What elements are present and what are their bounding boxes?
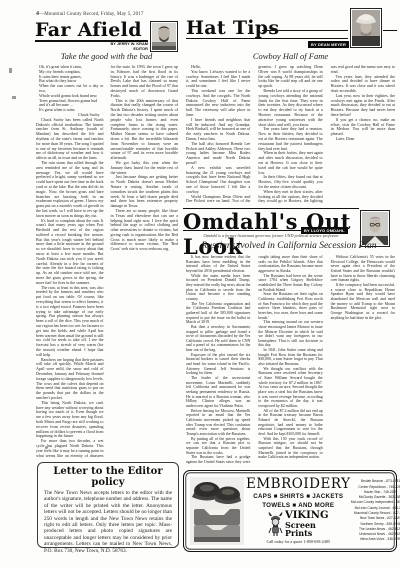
meyer-portrait-image [352, 10, 380, 46]
hat-tips-article: Hello,You know I always wanted to be a c… [186, 65, 395, 208]
article-paragraph: It has now become evident that the Russi… [186, 255, 250, 274]
article-paragraph: We got lucky this year when the January … [111, 161, 179, 175]
article-paragraph: This being North Dakota, we can't have a… [36, 401, 104, 439]
article-paragraph: Just because things are getting better i… [111, 175, 179, 209]
ad-merchandise-photo [188, 475, 246, 547]
article-paragraph: A new exhibit was unveiled honoring the … [186, 166, 250, 195]
article-paragraph: Last year, now in their eighties, the co… [331, 94, 395, 118]
dean-meyer-photo [350, 8, 382, 48]
hat-tips-byline: BY DEAN MEYER [308, 41, 349, 48]
far-afield-subtitle: Take the good with the bad [35, 51, 178, 61]
article-paragraph: Exposure of the plot caused the six fina… [186, 353, 250, 376]
hat-tips-rule-middle [262, 30, 348, 31]
letter-policy-box: Letter to the Editor policy The New Town… [37, 462, 179, 548]
ad-newspaper-phone-list: Beulah Beacon - 873-4381Center Republica… [351, 475, 400, 547]
ad-products-line-2: TOWELS ■ AND MORE [262, 502, 334, 509]
omdahl-paragraphs: It has now become evident that the Russi… [186, 255, 395, 466]
omdahl-rule-byline [183, 230, 301, 231]
article-paragraph: If the conspiracy had been successful, a… [331, 283, 395, 320]
viking-logo: VIKING Screen Prints [268, 511, 329, 537]
jerry-kram-photo [150, 21, 178, 52]
article-paragraph: You know I always wanted to be a cowboy.… [186, 70, 250, 89]
article-paragraph: With this 150 year track record of Russi… [258, 437, 322, 460]
article-paragraph: Ranchers are hoping that their pastures … [36, 358, 104, 401]
viking-wordmark: VIKING Screen Prints [285, 511, 329, 537]
omdahl-credit-line: Omdahl is a former lieutenant governor, … [183, 233, 359, 238]
far-afield-article: Oh, it's great when it rains,My city fri… [36, 65, 178, 459]
article-paragraph: All of the $7.2 million did not end up i… [258, 409, 322, 437]
ad-headline: EMBROIDERY [246, 478, 351, 492]
newspaper-page: 4—Mountrail County Record, Friday, May 5… [0, 0, 400, 567]
ad-phone-cta: Call today for a quote 1-800-658-2485 [267, 539, 330, 544]
far-afield-paragraphs: Chuck Suchy has been called North Dakota… [36, 65, 178, 459]
hat-tips-title: Hat Tips [186, 17, 279, 39]
kram-portrait-image [152, 23, 176, 50]
article-paragraph: The Yes California organization and the … [186, 302, 250, 325]
article-paragraph: There are so many people, like those in … [111, 209, 179, 252]
article-paragraph: In 1841, John Sutter came along and boug… [258, 348, 322, 367]
article-paragraph: We thought our conflicts with the Russia… [258, 367, 322, 409]
letter-policy-body: The New Town News accepts letters to the… [44, 490, 172, 554]
article-paragraph: Soon the Russians set their sights on Ca… [258, 292, 322, 320]
hat-tips-rule-stub [383, 30, 397, 31]
article-paragraph: This is the 20th anniversary of that dis… [111, 99, 179, 161]
phone-list-entry: Velva Area Voice - 338-2599 [351, 537, 400, 542]
article-paragraph: It's hard to complain about the rain. It… [36, 219, 104, 286]
viking-mascot-icon [268, 512, 283, 536]
caps-shirts-image [190, 477, 244, 545]
scan-artifact [9, 68, 12, 73]
article-paragraph: In their fifties, they found out that at… [258, 175, 322, 189]
article-paragraph: Chuck Suchy has been called North Dakota… [36, 118, 104, 161]
ad-center-content: EMBROIDERY CAPS ■ SHIRTS ■ JACKETS TOWEL… [246, 475, 351, 547]
hat-tips-rule-under [186, 38, 348, 39]
article-paragraph: This messing around on our western shore… [258, 320, 322, 348]
article-paragraph: Brenda Lee told a story of a group of yo… [258, 89, 322, 127]
article-paragraph: When in their forties, they met again an… [258, 151, 322, 175]
scan-artifact [12, 96, 16, 99]
scan-artifact [45, 446, 48, 449]
omdahl-subtitle: Russians ivolved in California Secession… [183, 241, 395, 251]
article-paragraph: I have friends and neighbors that will b… [186, 118, 250, 142]
article-paragraph: The hall also honored Brenda Lee Pickett… [186, 142, 250, 166]
letter-policy-title: Letter to the Editor policy [44, 466, 172, 488]
folio-line: 4—Mountrail County Record, Friday, May 5… [36, 11, 143, 17]
ad-products-line-1: CAPS ■ SHIRTS ■ JACKETS [253, 493, 343, 500]
article-paragraph: The leader of the secessionist movement,… [186, 376, 250, 409]
omdahl-article: It has now become evident that the Russi… [186, 255, 395, 466]
article-paragraph: The Russians had been on the scene since… [258, 274, 322, 293]
article-paragraph: The rain, at least in this area, was als… [36, 286, 104, 358]
article-paragraph: Later, Dean [331, 137, 395, 142]
far-afield-poem: Oh, it's great when it rains,My city fri… [36, 65, 104, 113]
article-paragraph: Ten years later they had a reunion. Now … [258, 127, 322, 151]
article-paragraph: Before leaving for Moscow, Marinelli rep… [186, 409, 250, 437]
article-paragraph: By putting all of the pieces together, w… [186, 437, 250, 456]
article-paragraph: The rain storm that rolled through the a… [36, 161, 104, 219]
viking-prints: Prints [285, 529, 312, 537]
hat-tips-paragraphs: Hello,You know I always wanted to be a c… [186, 65, 395, 208]
hat-tips-subtitle: Cowboy Hall of Fame [186, 51, 395, 61]
article-paragraph: While the main media have been focused o… [186, 274, 250, 302]
embroidery-ad: EMBROIDERY CAPS ■ SHIRTS ■ JACKETS TOWEL… [183, 470, 397, 552]
folio-text: —Mountrail County Record, Friday, May 5,… [39, 12, 143, 17]
far-afield-title: Far Afield [35, 19, 142, 41]
article-paragraph: Without California's 55 votes in the Ele… [331, 255, 395, 283]
article-paragraph: This weekend was one for the cowboys. An… [186, 89, 250, 118]
article-paragraph: Ten years later, they attended the rodeo… [331, 75, 395, 94]
article-paragraph: If you get a chance, no, make an effort,… [331, 118, 395, 137]
article-paragraph: But then a newsboy in Sacramento stopped… [186, 325, 250, 353]
